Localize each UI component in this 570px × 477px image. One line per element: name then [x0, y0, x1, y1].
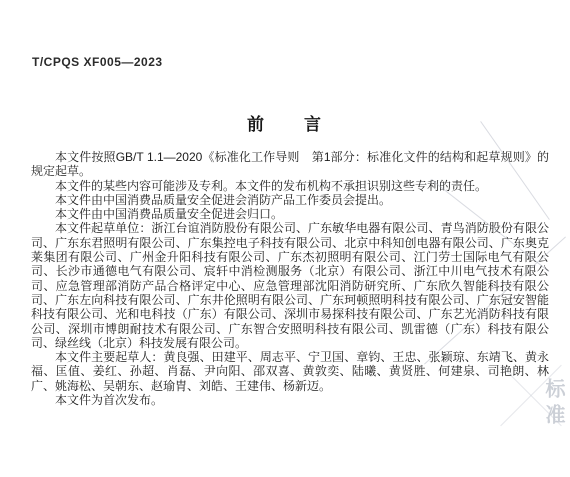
- paragraph-main-drafters: 本文件主要起草人：黄良强、田建平、周志平、宁卫国、章钧、王忠、张颖琼、东靖飞、黄…: [31, 350, 549, 393]
- foreword-title: 前 言: [0, 110, 570, 135]
- document-page: T/CPQS XF005—2023 前 言 本文件按照GB/T 1.1—2020…: [0, 0, 570, 477]
- document-number: T/CPQS XF005—2023: [32, 55, 163, 69]
- paragraph-patent-notice: 本文件的某些内容可能涉及专利。本文件的发布机构不承担识别这些专利的责任。: [31, 179, 549, 193]
- paragraph-drafting-organizations: 本文件起草单位：浙江台谊消防股份有限公司、广东敏华电器有限公司、青鸟消防股份有限…: [31, 221, 549, 350]
- foreword-body: 本文件按照GB/T 1.1—2020《标准化工作导则 第1部分：标准化文件的结构…: [31, 150, 549, 407]
- paragraph-first-issue: 本文件为首次发布。: [31, 393, 549, 407]
- paragraph-centralized-by: 本文件由中国消费品质量安全促进会归口。: [31, 207, 549, 221]
- paragraph-drafting-rule: 本文件按照GB/T 1.1—2020《标准化工作导则 第1部分：标准化文件的结构…: [31, 150, 549, 179]
- paragraph-proposed-by: 本文件由中国消费品质量安全促进会消防产品工作委员会提出。: [31, 193, 549, 207]
